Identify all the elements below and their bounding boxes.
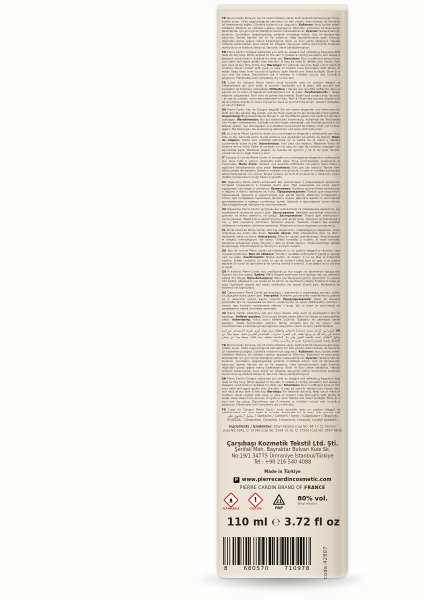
- ingredients-label: Ingredients / İçindekiler:: [229, 425, 274, 429]
- website-url: www.pierrecardincosmetic.com: [242, 477, 332, 483]
- manufacturer-block: Çarşıbaşı Kozmetik Tekstil Ltd. Şti. Şer…: [217, 440, 348, 466]
- ingredients-line-2: (Cas No: N/A), CI 19140 (Cas No: 1934-21…: [217, 429, 348, 433]
- caution-label: CAUTION: [249, 508, 261, 511]
- package-drop-shadow: [202, 575, 364, 597]
- multilingual-text-block: TR Pierre Cardin Kolonya, sizi ilk andan…: [222, 17, 340, 413]
- leaflet-text: TR Pierre Cardin Kolonya, sizi ilk andan…: [222, 17, 340, 413]
- euh-line: EUH208 – Citronellol, Geraniol, Limonene…: [217, 418, 348, 422]
- ingredients-block: Ingredients / İçindekiler: Ethyl Alcohol…: [217, 425, 348, 433]
- made-in-line: Made in Türkiye: [217, 469, 348, 474]
- exclamation-icon: !: [248, 492, 264, 508]
- company-address-1: Şerifali Mah. Bayraktar Bulvarı Kule Sk.: [217, 447, 348, 453]
- ghs-flammable-pictogram: FLAMMABLE: [221, 493, 241, 511]
- barcode-svg: [223, 537, 311, 565]
- flammable-label: FLAMMABLE: [223, 508, 240, 511]
- pap-label: PAP: [275, 506, 283, 510]
- alcohol-content: 80% vol. Ethyl alcohol: [298, 495, 328, 506]
- cologne-box-back-panel: TR Pierre Cardin Kolonya, sizi ilk andan…: [217, 4, 348, 578]
- side-print-code: code:42807: [323, 546, 329, 579]
- company-name: Çarşıbaşı Kozmetik Tekstil Ltd. Şti.: [217, 440, 348, 447]
- brand-of-france-line: PIERRE CARDIN BRAND OF FRANCE: [217, 486, 348, 491]
- flame-glyph: [229, 497, 234, 503]
- package-artwork: TR Pierre Cardin Kolonya, sizi ilk andan…: [217, 4, 348, 578]
- recycle-triangle-icon: 21: [273, 494, 286, 506]
- company-phone: Tel : +90 216 540 4088: [217, 460, 348, 466]
- pierre-cardin-logo-icon: P: [233, 477, 239, 483]
- website-row: P www.pierrecardincosmetic.com: [217, 476, 348, 484]
- alcohol-percent: 80% vol.: [298, 495, 328, 502]
- net-volume: 110 ml ℮ 3.72 fl oz: [227, 516, 342, 528]
- contains-block: شامل / يحتوي على / Contains / Content / …: [217, 414, 348, 422]
- barcode: 8 680570 710978: [223, 537, 311, 572]
- symbols-row: FLAMMABLE ! CAUTION 21 PAP 80% vol. Ethy…: [221, 493, 345, 516]
- recycle-number: 21: [276, 499, 282, 505]
- recycling-pictogram: 21 PAP: [270, 494, 288, 510]
- barcode-digits: 8 680570 710978: [223, 566, 311, 572]
- ghs-caution-pictogram: ! CAUTION: [246, 493, 266, 511]
- flame-icon: [223, 492, 239, 508]
- alcohol-note: Ethyl alcohol: [298, 502, 328, 506]
